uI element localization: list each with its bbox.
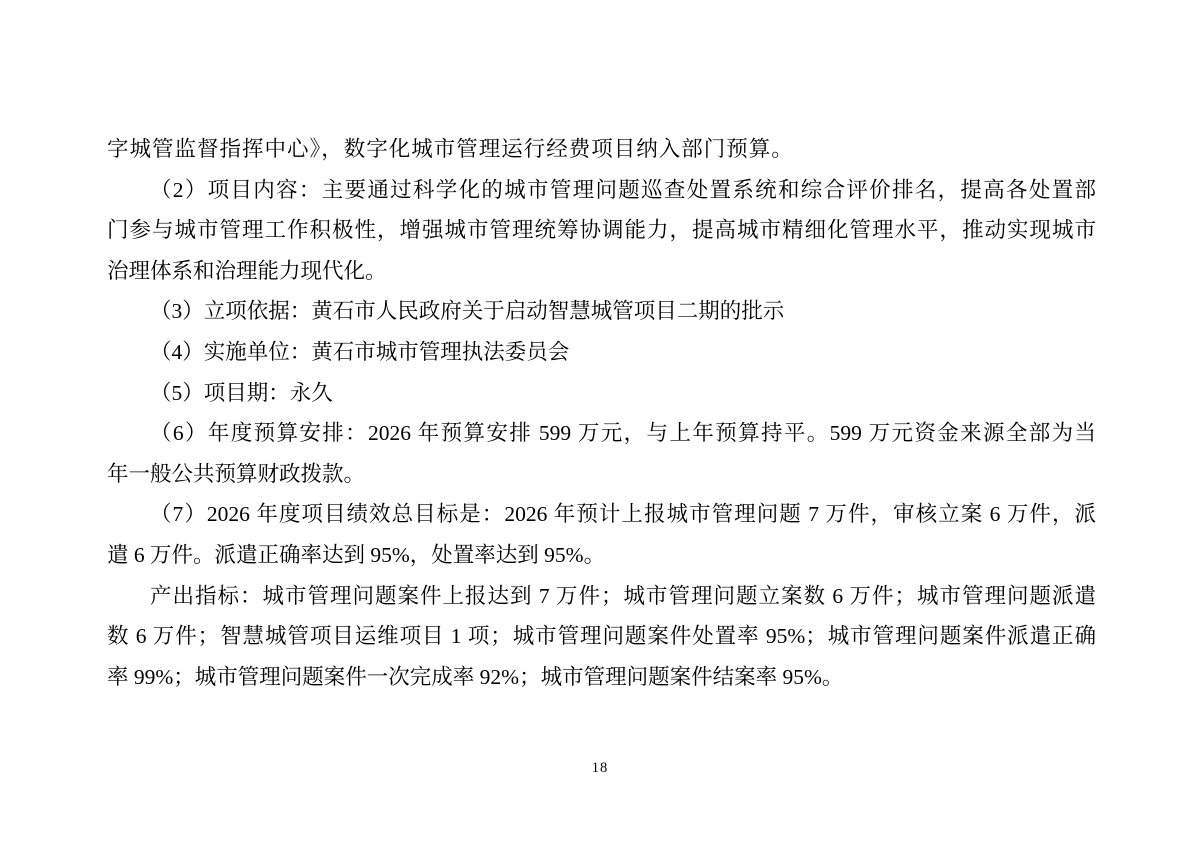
text-line: 治理体系和治理能力现代化。: [107, 251, 1096, 292]
document-page: 字城管监督指挥中心》，数字化城市管理运行经费项目纳入部门预算。 （2）项目内容：…: [0, 0, 1200, 848]
text-line: 数 6 万件；智慧城管项目运维项目 1 项；城市管理问题案件处置率 95%；城市…: [107, 616, 1096, 657]
page-number: 18: [0, 760, 1200, 777]
text-line: （5）项目期：永久: [107, 373, 1096, 414]
text-line: （2）项目内容：主要通过科学化的城市管理问题巡查处置系统和综合评价排名，提高各处…: [107, 170, 1096, 211]
document-body: 字城管监督指挥中心》，数字化城市管理运行经费项目纳入部门预算。 （2）项目内容：…: [107, 129, 1096, 697]
text-line: 字城管监督指挥中心》，数字化城市管理运行经费项目纳入部门预算。: [107, 129, 1096, 170]
text-line: 率 99%；城市管理问题案件一次完成率 92%；城市管理问题案件结案率 95%。: [107, 657, 1096, 698]
text-line: （3）立项依据：黄石市人民政府关于启动智慧城管项目二期的批示: [107, 291, 1096, 332]
text-line: 产出指标：城市管理问题案件上报达到 7 万件；城市管理问题立案数 6 万件；城市…: [107, 576, 1096, 617]
text-line: 门参与城市管理工作积极性，增强城市管理统筹协调能力，提高城市精细化管理水平，推动…: [107, 210, 1096, 251]
text-line: （4）实施单位：黄石市城市管理执法委员会: [107, 332, 1096, 373]
text-line: （7）2026 年度项目绩效总目标是：2026 年预计上报城市管理问题 7 万件…: [107, 494, 1096, 535]
text-line: （6）年度预算安排：2026 年预算安排 599 万元，与上年预算持平。599 …: [107, 413, 1096, 454]
text-line: 年一般公共预算财政拨款。: [107, 454, 1096, 495]
text-line: 遣 6 万件。派遣正确率达到 95%，处置率达到 95%。: [107, 535, 1096, 576]
